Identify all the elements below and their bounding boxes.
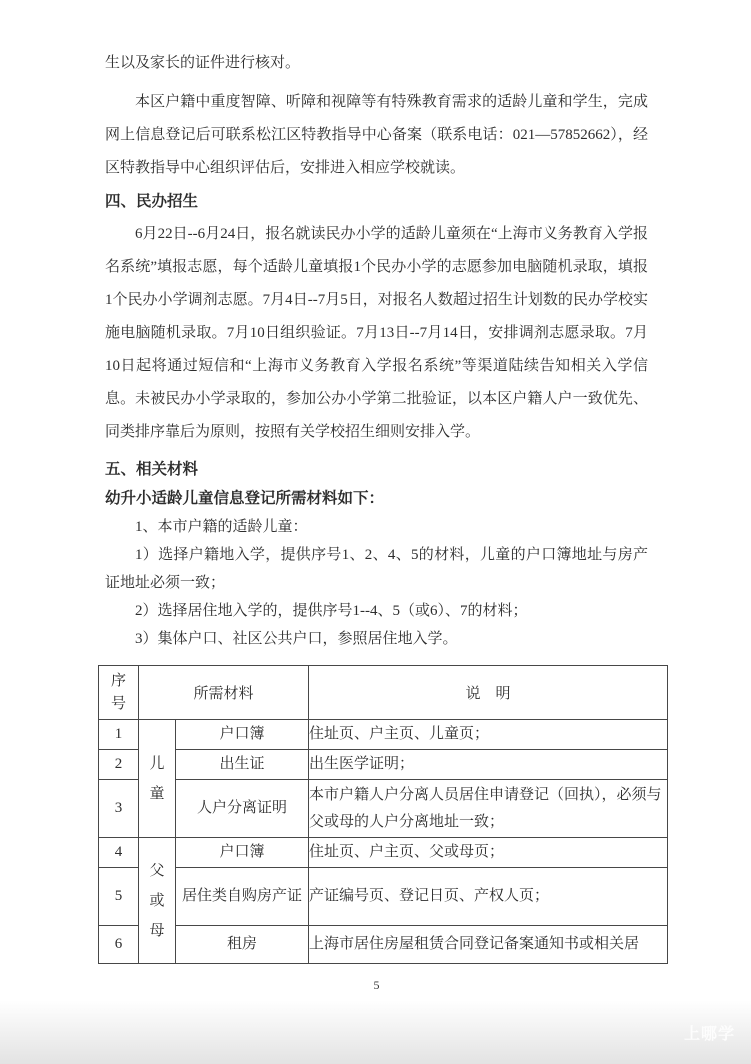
- table-row: 1 儿 童 户口簿 住址页、户主页、儿童页；: [99, 720, 668, 750]
- cell-seq: 3: [99, 780, 139, 838]
- section5-subheading: 幼升小适龄儿童信息登记所需材料如下：: [105, 484, 648, 513]
- cell-description: 出生医学证明；: [309, 750, 668, 780]
- cell-seq: 2: [99, 750, 139, 780]
- paragraph-continuation: 生以及家长的证件进行核对。: [105, 47, 648, 80]
- cell-material: 户口簿: [176, 720, 309, 750]
- header-description: 说 明: [309, 666, 668, 720]
- page-bottom-shadow: [0, 1000, 751, 1064]
- watermark: 上哪学: [684, 1021, 735, 1044]
- cell-seq: 5: [99, 868, 139, 926]
- cell-material: 人户分离证明: [176, 780, 309, 838]
- table-header-row: 序 号 所需材料 说 明: [99, 666, 668, 720]
- cell-seq: 6: [99, 926, 139, 964]
- header-material: 所需材料: [139, 666, 309, 720]
- cell-description: 本市户籍人户分离人员居住申请登记（回执），必须与父或母的人户分离地址一致；: [309, 780, 668, 838]
- cell-description: 住址页、户主页、父或母页；: [309, 838, 668, 868]
- cell-material: 租房: [176, 926, 309, 964]
- list-item-1-2: 2）选择居住地入学的，提供序号1--4、5（或6）、7的材料；: [105, 597, 648, 625]
- document-content: 生以及家长的证件进行核对。 本区户籍中重度智障、听障和视障等有特殊教育需求的适龄…: [105, 0, 648, 993]
- section5-heading: 五、相关材料: [105, 455, 648, 484]
- cell-seq: 4: [99, 838, 139, 868]
- page-number: 5: [105, 978, 648, 993]
- table-row: 4 父 或 母 户口簿 住址页、户主页、父或母页；: [99, 838, 668, 868]
- list-item-1-3: 3）集体户口、社区公共户口，参照居住地入学。: [105, 625, 648, 653]
- paragraph-special-education: 本区户籍中重度智障、听障和视障等有特殊教育需求的适龄儿童和学生，完成网上信息登记…: [105, 86, 648, 185]
- group-label-child: 儿 童: [139, 720, 176, 838]
- list-item-1-1: 1）选择户籍地入学，提供序号1、2、4、5的材料，儿童的户口簿地址与房产证地址必…: [105, 541, 648, 597]
- section4-heading: 四、民办招生: [105, 185, 648, 218]
- cell-material: 出生证: [176, 750, 309, 780]
- cell-material: 户口簿: [176, 838, 309, 868]
- cell-description: 住址页、户主页、儿童页；: [309, 720, 668, 750]
- table-row: 3 人户分离证明 本市户籍人户分离人员居住申请登记（回执），必须与父或母的人户分…: [99, 780, 668, 838]
- cell-material: 居住类自购房产证: [176, 868, 309, 926]
- materials-table: 序 号 所需材料 说 明 1 儿 童 户口簿 住址页、户主页、儿童页； 2 出生…: [98, 665, 668, 964]
- table-row: 5 居住类自购房产证 产证编号页、登记日页、产权人页；: [99, 868, 668, 926]
- header-seq: 序 号: [99, 666, 139, 720]
- document-page: 生以及家长的证件进行核对。 本区户籍中重度智障、听障和视障等有特殊教育需求的适龄…: [0, 0, 751, 1064]
- table-row: 2 出生证 出生医学证明；: [99, 750, 668, 780]
- cell-description: 产证编号页、登记日页、产权人页；: [309, 868, 668, 926]
- table-row: 6 租房 上海市居住房屋租赁合同登记备案通知书或相关居: [99, 926, 668, 964]
- section4-paragraph: 6月22日--6月24日，报名就读民办小学的适龄儿童须在“上海市义务教育入学报名…: [105, 218, 648, 449]
- group-label-parent: 父 或 母: [139, 838, 176, 964]
- list-item-1: 1、本市户籍的适龄儿童：: [105, 513, 648, 541]
- cell-description: 上海市居住房屋租赁合同登记备案通知书或相关居: [309, 926, 668, 964]
- cell-seq: 1: [99, 720, 139, 750]
